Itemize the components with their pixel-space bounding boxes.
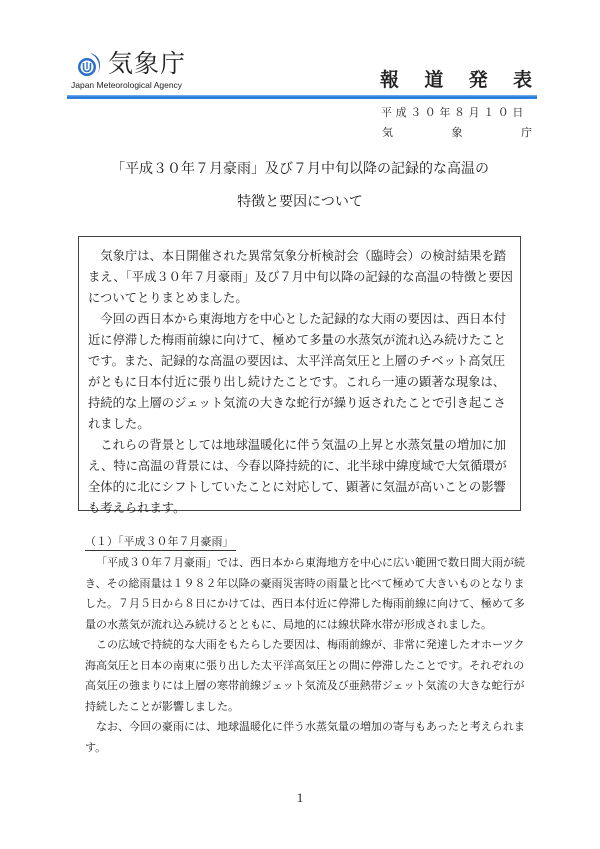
press-char: 発 [469,68,488,92]
summary-paragraph: 気象庁は、本日開催された異常気象分析検討会（臨時会）の検討結果を踏まえ、「平成３… [88,246,516,309]
body-paragraph: なお、今回の豪雨には、地球温暖化に伴う水蒸気量の増加の寄与もあったと考えられます… [85,717,525,758]
issuer: 気 象 庁 [382,124,532,140]
section-heading: （１）「平成３０年７月豪雨」 [85,533,236,551]
summary-paragraph: これらの背景としては地球温暖化に伴う気温の上昇と水蒸気量の増加に加え、特に高温の… [88,435,516,519]
document-title-line2: 特徴と要因について [0,191,600,211]
issuer-char: 庁 [521,124,532,140]
body-paragraph: 「平成３０年７月豪雨」では、西日本から東海地方を中心に広い範囲で数日間大雨が続き… [85,553,525,635]
press-char: 道 [424,68,443,92]
press-char: 表 [513,68,532,92]
jma-logo: 気象庁 Japan Meteorological Agency [70,40,270,90]
page-number: 1 [0,790,600,806]
header-divider [67,95,537,99]
issuer-char: 気 [382,124,393,140]
document-title-line1: 「平成３０年７月豪雨」及び７月中旬以降の記録的な高温の [0,158,600,178]
press-char: 報 [380,68,399,92]
summary-paragraph: 今回の西日本から東海地方を中心とした記録的な大雨の要因は、西日本付近に停滞した梅… [88,309,516,435]
press-release-label: 報 道 発 表 [380,68,532,92]
issuer-char: 象 [452,124,463,140]
section-body: 「平成３０年７月豪雨」では、西日本から東海地方を中心に広い範囲で数日間大雨が続き… [85,553,525,758]
logo-text-jp: 気象庁 [108,50,186,78]
jma-logo-icon [76,52,102,78]
body-paragraph: この広域で持続的な大雨をもたらした要因は、梅雨前線が、非常に発達したオホーツク海… [85,635,525,717]
summary-text: 気象庁は、本日開催された異常気象分析検討会（臨時会）の検討結果を踏まえ、「平成３… [88,246,516,519]
release-date: 平成３０年８月１０日 [381,104,533,120]
logo-text-en: Japan Meteorological Agency [71,80,182,90]
